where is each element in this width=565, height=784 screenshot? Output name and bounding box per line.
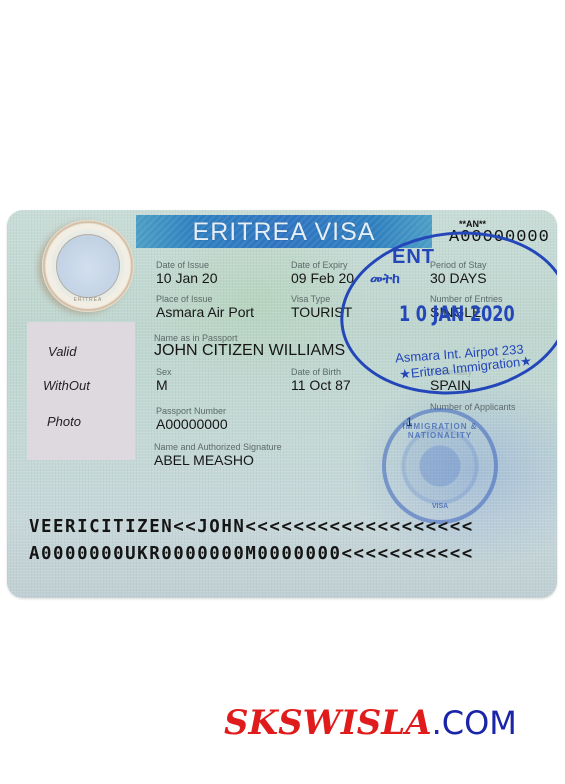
visa-banner: ERITREA VISA (136, 215, 432, 248)
field-label: Place of Issue (156, 294, 254, 304)
photo-text-without: WithOut (43, 378, 90, 393)
entry-stamp-side-glyphs: መትከ (370, 272, 384, 285)
round-stamp-bottom-text: VISA (386, 503, 494, 510)
mrz-line-2: A0000000UKR0000000M0000000<<<<<<<<<<< (29, 544, 474, 564)
field-date-of-expiry: Date of Expiry 09 Feb 20 (291, 260, 354, 286)
field-place-of-issue: Place of Issue Asmara Air Port (156, 294, 254, 320)
visa-title: ERITREA VISA (136, 218, 432, 247)
field-value: 09 Feb 20 (291, 270, 354, 286)
field-value: A00000000 (156, 416, 228, 432)
hologram-label: ERITREA (42, 297, 134, 303)
entry-stamp-date: 1 0 JAN 2020 (399, 302, 515, 326)
field-sex: Sex M (156, 367, 172, 393)
field-signature: Name and Authorized Signature ABEL MEASH… (154, 442, 282, 468)
watermark-tld: .COM (432, 704, 517, 742)
hologram-inner (56, 234, 120, 298)
field-value: JOHN CITIZEN WILLIAMS (154, 343, 345, 359)
field-value: ABEL MEASHO (154, 452, 282, 468)
photo-placeholder: Valid WithOut Photo (27, 322, 135, 460)
field-name: Name as in Passport JOHN CITIZEN WILLIAM… (154, 333, 345, 359)
round-seal-stamp-icon: IMMIGRATION & NATIONALITY VISA (382, 408, 498, 524)
mrz-line-1: VEERICITIZEN<<JOHN<<<<<<<<<<<<<<<<<<< (29, 517, 474, 537)
field-label: Name and Authorized Signature (154, 442, 282, 452)
photo-text-photo: Photo (47, 414, 81, 429)
field-value: 11 Oct 87 (291, 377, 351, 393)
entry-stamp-heading: ENT (392, 246, 435, 269)
field-label: Sex (156, 367, 172, 377)
field-value: M (156, 377, 172, 393)
field-date-of-birth: Date of Birth 11 Oct 87 (291, 367, 351, 393)
field-value: 10 Jan 20 (156, 270, 218, 286)
field-passport-number: Passport Number A00000000 (156, 406, 228, 432)
field-date-of-issue: Date of Issue 10 Jan 20 (156, 260, 218, 286)
field-label: Date of Birth (291, 367, 351, 377)
field-label: Date of Issue (156, 260, 218, 270)
hologram-seal-icon: ERITREA (42, 220, 134, 312)
watermark-brand: SKSWISLA (224, 703, 432, 743)
field-label: Passport Number (156, 406, 228, 416)
visa-card: ERITREA ERITREA VISA **AN** A00000000 Va… (7, 210, 557, 598)
field-value: Asmara Air Port (156, 304, 254, 320)
watermark: SKSWISLA.COM (224, 703, 517, 743)
round-stamp-ring-text: IMMIGRATION & NATIONALITY (386, 422, 494, 440)
field-label: Date of Expiry (291, 260, 354, 270)
photo-text-valid: Valid (48, 344, 76, 359)
